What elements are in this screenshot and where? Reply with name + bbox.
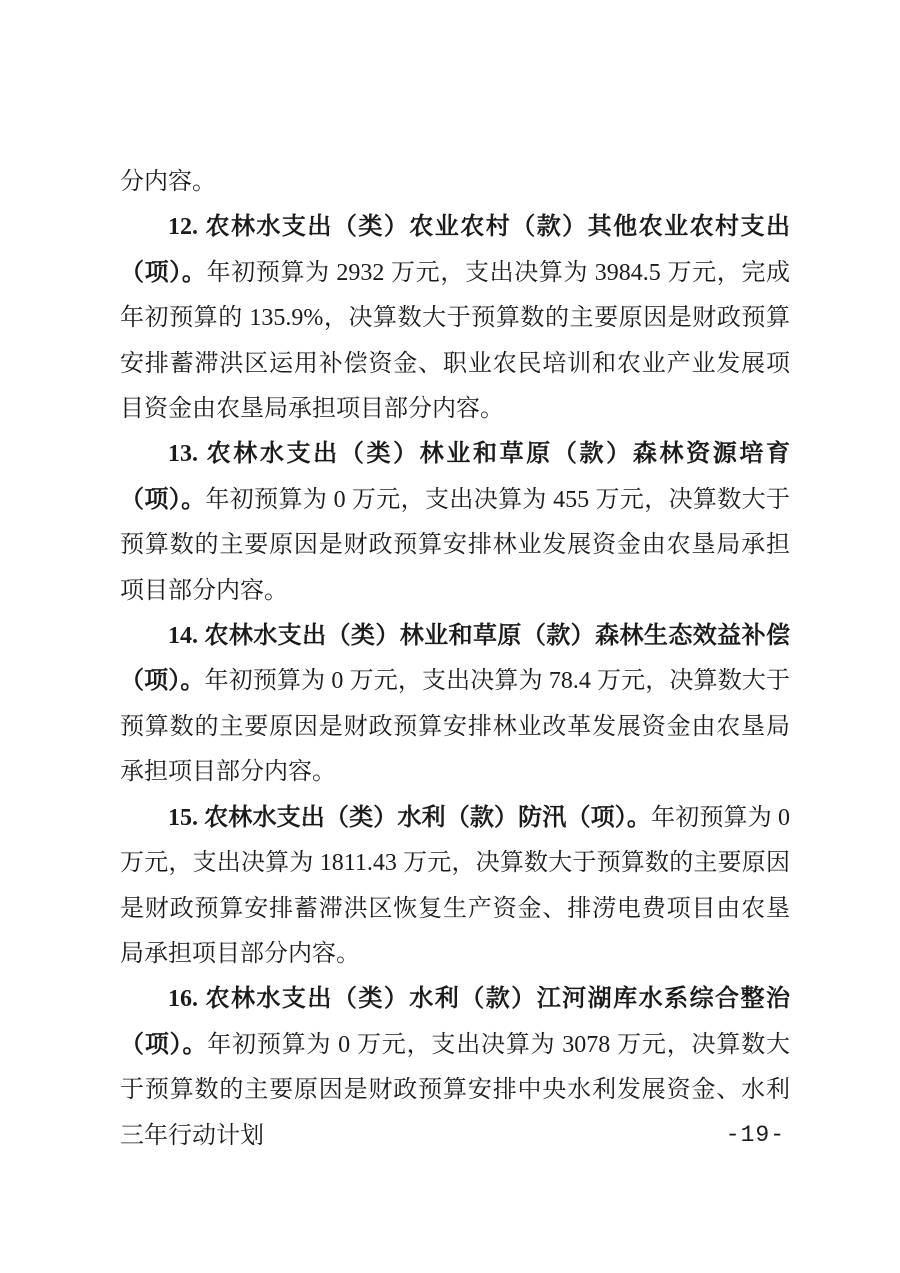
paragraph-heading-segment: 15. 农林水支出（类）水利（款）防汛（项）。 bbox=[168, 805, 651, 831]
paragraph: 12. 农林水支出（类）农业农村（款）其他农业农村支出（项）。年初预算为 293… bbox=[120, 205, 790, 432]
paragraph: 分内容。 bbox=[120, 160, 790, 205]
paragraph: 14. 农林水支出（类）林业和草原（款）森林生态效益补偿（项）。年初预算为 0 … bbox=[120, 614, 790, 796]
paragraph: 15. 农林水支出（类）水利（款）防汛（项）。年初预算为 0 万元，支出决算为 … bbox=[120, 796, 790, 978]
page-number: -19- bbox=[0, 1122, 785, 1148]
document-body: 分内容。12. 农林水支出（类）农业农村（款）其他农业农村支出（项）。年初预算为… bbox=[120, 160, 790, 1159]
paragraph-text-segment: 年初预算为 0 万元，支出决算为 78.4 万元，决算数大于预算数的主要原因是财… bbox=[120, 668, 790, 785]
paragraph-text-segment: 年初预算为 0 万元，支出决算为 455 万元，决算数大于预算数的主要原因是财政… bbox=[120, 487, 790, 604]
paragraph: 13. 农林水支出（类）林业和草原（款）森林资源培育（项）。年初预算为 0 万元… bbox=[120, 432, 790, 614]
paragraph-text-segment: 年初预算为 2932 万元，支出决算为 3984.5 万元，完成年初预算的 13… bbox=[120, 260, 790, 422]
paragraph-text-segment: 分内容。 bbox=[120, 169, 216, 195]
document-page: 分内容。12. 农林水支出（类）农业农村（款）其他农业农村支出（项）。年初预算为… bbox=[0, 0, 900, 1273]
